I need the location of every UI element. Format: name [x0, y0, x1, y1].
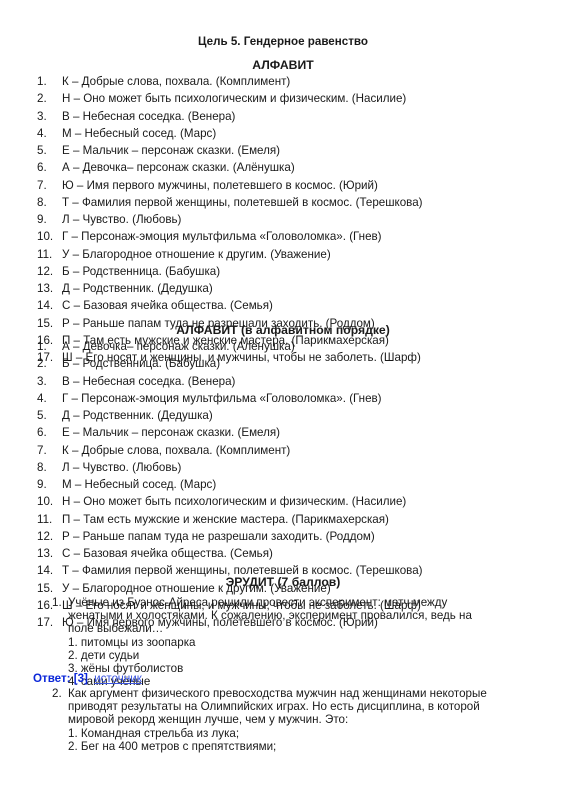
item-number: 6. — [37, 159, 47, 176]
item-text: К – Добрые слова, похвала. (Комплимент) — [62, 73, 290, 90]
erudite-heading: ЭРУДИТ (7 баллов) — [0, 575, 566, 589]
question-number: 2. — [52, 687, 62, 700]
item-text: С – Базовая ячейка общества. (Семья) — [62, 545, 273, 562]
item-text: К – Добрые слова, похвала. (Комплимент) — [62, 442, 290, 459]
item-text: М – Небесный сосед. (Марс) — [62, 125, 216, 142]
item-number: 8. — [37, 459, 47, 476]
item-text: Н – Оно может быть психологическим и физ… — [62, 90, 406, 107]
list-item: 10.Г – Персонаж-эмоция мультфильма «Голо… — [0, 228, 566, 245]
question-text: Как аргумент физического превосходства м… — [68, 687, 508, 727]
item-number: 9. — [37, 476, 47, 493]
list-item: 7.Ю – Имя первого мужчины, полетевшего в… — [0, 177, 566, 194]
list-item: 8.Л – Чувство. (Любовь) — [0, 459, 566, 476]
item-text: П – Там есть мужские и женские мастера. … — [62, 511, 389, 528]
list-item: 11.У – Благородное отношение к другим. (… — [0, 246, 566, 263]
item-text: Л – Чувство. (Любовь) — [62, 459, 181, 476]
list-item: 4.М – Небесный сосед. (Марс) — [0, 125, 566, 142]
item-text: Д – Родственник. (Дедушка) — [62, 407, 213, 424]
item-number: 13. — [37, 280, 53, 297]
item-number: 6. — [37, 424, 47, 441]
item-number: 4. — [37, 125, 47, 142]
option: 1. Командная стрельба из лука; — [68, 727, 566, 740]
item-text: А – Девочка– персонаж сказки. (Алёнушка) — [62, 159, 295, 176]
list-item: 2.Б – Родственница. (Бабушка) — [0, 355, 566, 372]
item-text: У – Благородное отношение к другим. (Ува… — [62, 246, 331, 263]
question-text: Учёные из Буэнос-Айреса решили провести … — [68, 596, 488, 636]
item-number: 8. — [37, 194, 47, 211]
item-text: Н – Оно может быть психологическим и физ… — [62, 493, 406, 510]
list-item: 14.С – Базовая ячейка общества. (Семья) — [0, 297, 566, 314]
list-item: 1.А – Девочка– персонаж сказки. (Алёнушк… — [0, 338, 566, 355]
list-item: 5.Д – Родственник. (Дедушка) — [0, 407, 566, 424]
item-text: М – Небесный сосед. (Марс) — [62, 476, 216, 493]
list-item: 5.Е – Мальчик – персонаж сказки. (Емеля) — [0, 142, 566, 159]
alphabet-sorted-heading: АЛФАВИТ (в алфавитном порядке) — [0, 323, 566, 337]
list-item: 13.Д – Родственник. (Дедушка) — [0, 280, 566, 297]
list-item: 10.Н – Оно может быть психологическим и … — [0, 493, 566, 510]
item-text: Д – Родственник. (Дедушка) — [62, 280, 213, 297]
list-item: 9.Л – Чувство. (Любовь) — [0, 211, 566, 228]
option: 2. дети судьи — [68, 649, 566, 662]
item-number: 2. — [37, 355, 47, 372]
list-item: 6.Е – Мальчик – персонаж сказки. (Емеля) — [0, 424, 566, 441]
list-item: 7.К – Добрые слова, похвала. (Комплимент… — [0, 442, 566, 459]
option: 1. питомцы из зоопарка — [68, 636, 566, 649]
item-text: Р – Раньше папам туда не разрешали заход… — [62, 528, 375, 545]
item-number: 7. — [37, 442, 47, 459]
item-text: Е – Мальчик – персонаж сказки. (Емеля) — [62, 424, 280, 441]
list-item: 2.Н – Оно может быть психологическим и ф… — [0, 90, 566, 107]
item-text: Ю – Имя первого мужчины, полетевшего в к… — [62, 177, 378, 194]
item-text: Е – Мальчик – персонаж сказки. (Емеля) — [62, 142, 280, 159]
list-item: 1.К – Добрые слова, похвала. (Комплимент… — [0, 73, 566, 90]
item-number: 5. — [37, 142, 47, 159]
item-number: 4. — [37, 390, 47, 407]
item-number: 10. — [37, 493, 53, 510]
answer-label: Ответ: [3] — [33, 672, 88, 685]
item-number: 14. — [37, 297, 53, 314]
item-text: Л – Чувство. (Любовь) — [62, 211, 181, 228]
list-item: 8.Т – Фамилия первой женщины, полетевшей… — [0, 194, 566, 211]
item-text: Б – Родственница. (Бабушка) — [62, 355, 220, 372]
item-number: 9. — [37, 211, 47, 228]
item-number: 3. — [37, 108, 47, 125]
item-number: 1. — [37, 73, 47, 90]
item-text: А – Девочка– персонаж сказки. (Алёнушка) — [62, 338, 295, 355]
list-item: 3.В – Небесная соседка. (Венера) — [0, 108, 566, 125]
page-title: Цель 5. Гендерное равенство — [0, 35, 566, 48]
item-text: В – Небесная соседка. (Венера) — [62, 108, 235, 125]
item-text: С – Базовая ячейка общества. (Семья) — [62, 297, 273, 314]
list-item: 11.П – Там есть мужские и женские мастер… — [0, 511, 566, 528]
alphabet-heading: АЛФАВИТ — [0, 58, 566, 72]
list-item: 6.А – Девочка– персонаж сказки. (Алёнушк… — [0, 159, 566, 176]
document-page: Цель 5. Гендерное равенство АЛФАВИТ 1.К … — [0, 0, 566, 800]
source-link[interactable]: источник — [94, 672, 142, 685]
list-item: 3.В – Небесная соседка. (Венера) — [0, 373, 566, 390]
item-number: 5. — [37, 407, 47, 424]
item-number: 10. — [37, 228, 53, 245]
list-item: 12.Б – Родственница. (Бабушка) — [0, 263, 566, 280]
question-2: 2. Как аргумент физического превосходств… — [0, 687, 566, 753]
item-number: 12. — [37, 528, 53, 545]
item-text: Т – Фамилия первой женщины, полетевшей в… — [62, 194, 423, 211]
item-number: 11. — [37, 511, 52, 528]
item-text: Б – Родственница. (Бабушка) — [62, 263, 220, 280]
option: 2. Бег на 400 метров с препятствиями; — [68, 740, 566, 753]
item-text: Г – Персонаж-эмоция мультфильма «Головол… — [62, 228, 382, 245]
item-number: 2. — [37, 90, 47, 107]
item-number: 13. — [37, 545, 53, 562]
item-number: 11. — [37, 246, 52, 263]
item-number: 1. — [37, 338, 47, 355]
list-item: 12.Р – Раньше папам туда не разрешали за… — [0, 528, 566, 545]
item-text: В – Небесная соседка. (Венера) — [62, 373, 235, 390]
question-number: 1. — [52, 596, 62, 609]
answer-line: Ответ: [3] источник — [33, 672, 142, 685]
item-number: 3. — [37, 373, 47, 390]
item-text: Г – Персонаж-эмоция мультфильма «Головол… — [62, 390, 382, 407]
item-number: 12. — [37, 263, 53, 280]
item-number: 7. — [37, 177, 47, 194]
list-item: 4.Г – Персонаж-эмоция мультфильма «Голов… — [0, 390, 566, 407]
option: 3. жёны футболистов — [68, 662, 566, 675]
list-item: 9.М – Небесный сосед. (Марс) — [0, 476, 566, 493]
list-item: 13.С – Базовая ячейка общества. (Семья) — [0, 545, 566, 562]
